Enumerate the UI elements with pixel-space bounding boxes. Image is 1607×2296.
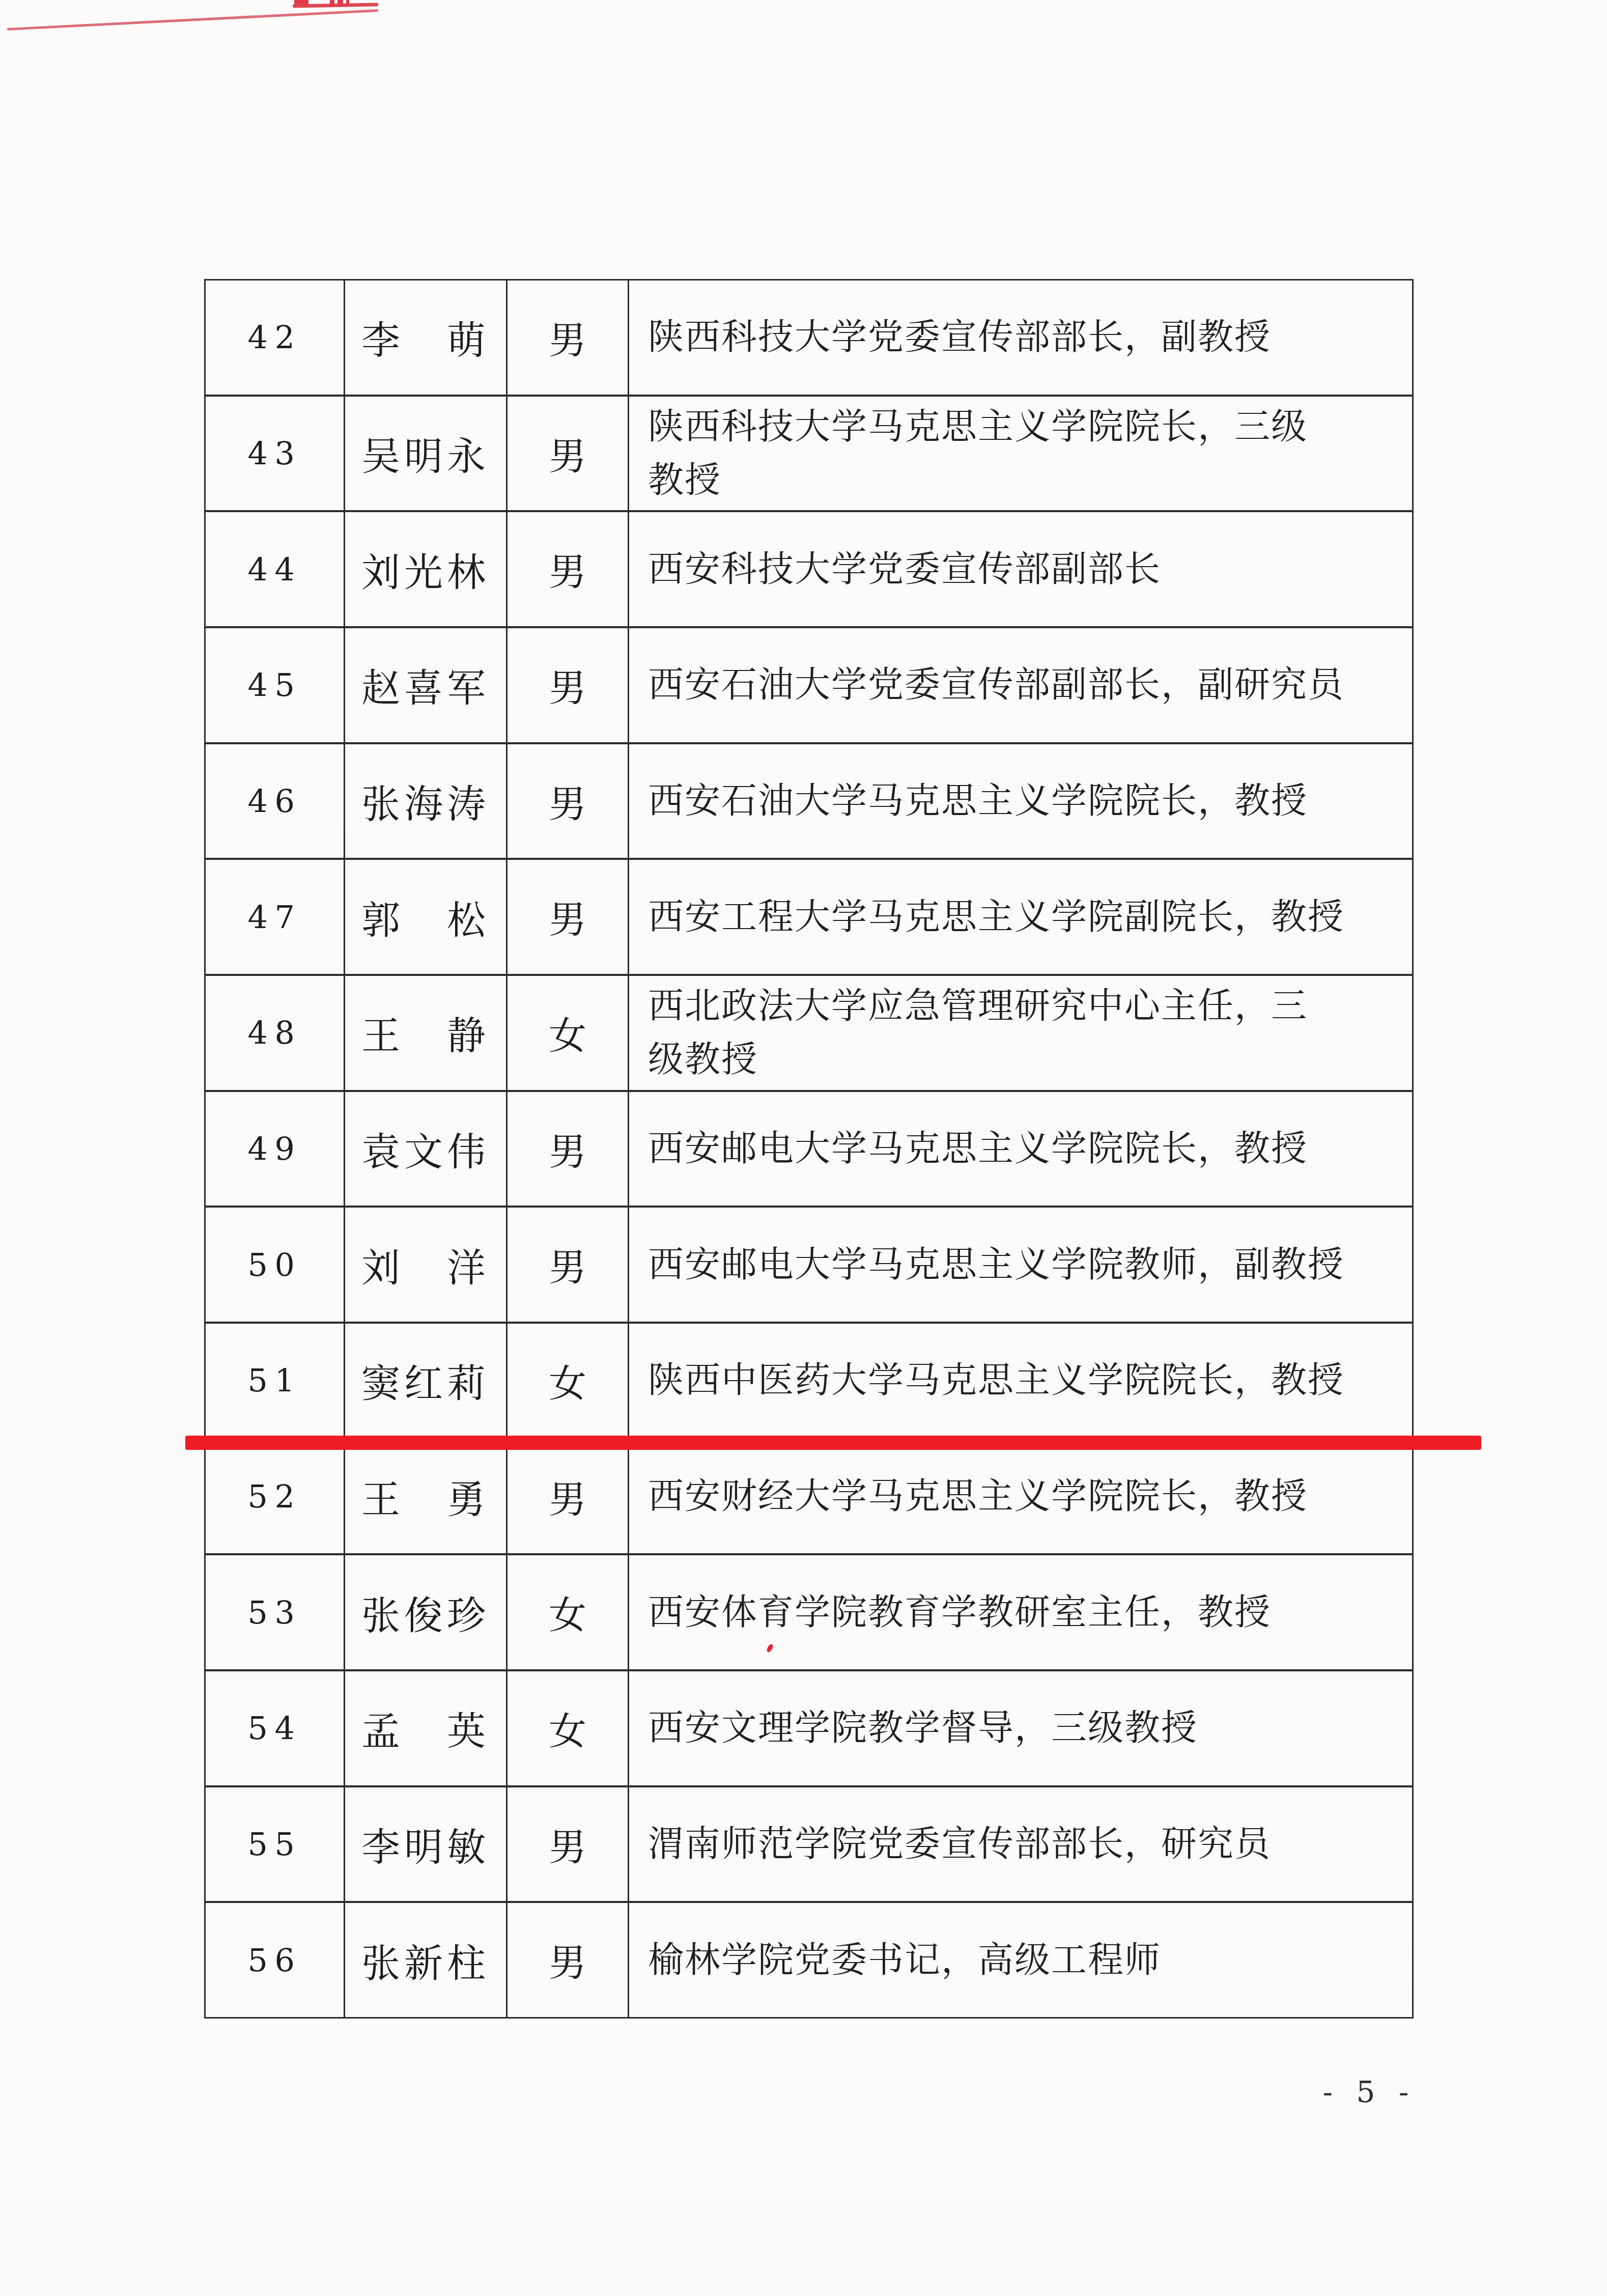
gender-value: 男: [549, 542, 586, 596]
row-number-cell: 43: [206, 397, 345, 511]
table-row: 46 张海涛 男 西安石油大学马克思主义学院院长，教授: [206, 744, 1412, 860]
red-marker-underline: [185, 1436, 1481, 1450]
position-text: 西安邮电大学马克思主义学院教师，副教授: [648, 1238, 1344, 1292]
position-text: 陕西科技大学党委宣传部部长，副教授: [648, 311, 1271, 364]
row-number-cell: 42: [206, 281, 345, 395]
person-name: 张俊珍: [361, 1585, 490, 1640]
gender-cell: 男: [508, 744, 629, 858]
person-name: 吴明永: [361, 426, 490, 481]
row-number: 54: [247, 1710, 301, 1747]
person-name: 李 萌: [361, 310, 490, 365]
gender-value: 男: [549, 1238, 586, 1292]
red-stamp-fragment: [346, 0, 349, 5]
position-cell: 西北政法大学应急管理研究中心主任，三 级教授: [629, 976, 1412, 1090]
row-number: 56: [247, 1942, 301, 1979]
name-cell: 郭 松: [345, 860, 508, 974]
position-cell: 西安体育学院教育学教研室主任，教授: [629, 1555, 1412, 1669]
red-stamp-fragment: [294, 0, 308, 5]
person-name: 李明敏: [361, 1816, 490, 1872]
name-cell: 孟 英: [345, 1671, 508, 1785]
table-row: 47 郭 松 男 西安工程大学马克思主义学院副院长，教授: [206, 860, 1412, 976]
table-row: 50 刘 洋 男 西安邮电大学马克思主义学院教师，副教授: [206, 1208, 1412, 1324]
row-number-cell: 53: [206, 1555, 345, 1669]
row-number-cell: 49: [206, 1092, 345, 1206]
red-stamp-fragment: [337, 0, 343, 7]
row-number: 49: [247, 1130, 301, 1167]
table-row: 44 刘光林 男 西安科技大学党委宣传部副部长: [206, 512, 1412, 628]
row-number-cell: 46: [206, 744, 345, 858]
position-text: 陕西科技大学马克思主义学院院长，三级 教授: [648, 400, 1308, 507]
gender-value: 男: [549, 1817, 586, 1871]
gender-value: 男: [549, 1933, 586, 1987]
position-text: 榆林学院党委书记，高级工程师: [648, 1934, 1161, 1987]
table-row: 48 王 静 女 西北政法大学应急管理研究中心主任，三 级教授: [206, 976, 1412, 1092]
gender-cell: 男: [508, 281, 629, 395]
person-name: 刘 洋: [361, 1237, 490, 1293]
gender-value: 男: [549, 658, 586, 712]
page-number: - 5 -: [1303, 2075, 1435, 2109]
row-number-cell: 44: [206, 512, 345, 626]
table-row: 51 窦红莉 女 陕西中医药大学马克思主义学院院长，教授: [206, 1324, 1412, 1440]
table-row: 43 吴明永 男 陕西科技大学马克思主义学院院长，三级 教授: [206, 397, 1412, 513]
gender-cell: 女: [508, 1555, 629, 1669]
document-page: 42 李 萌 男 陕西科技大学党委宣传部部长，副教授 43 吴明永 男 陕西科技…: [0, 0, 1607, 2296]
gender-cell: 男: [508, 1903, 629, 2017]
gender-value: 男: [549, 774, 586, 828]
gender-value: 男: [549, 427, 586, 481]
table-row: 55 李明敏 男 渭南师范学院党委宣传部部长，研究员: [206, 1787, 1412, 1903]
row-number: 51: [247, 1362, 301, 1399]
table-row: 49 袁文伟 男 西安邮电大学马克思主义学院院长，教授: [206, 1092, 1412, 1208]
person-name: 刘光林: [361, 542, 490, 597]
position-cell: 西安财经大学马克思主义学院院长，教授: [629, 1440, 1412, 1554]
row-number-cell: 50: [206, 1208, 345, 1322]
position-text: 西安体育学院教育学教研室主任，教授: [648, 1586, 1271, 1639]
name-cell: 张海涛: [345, 744, 508, 858]
red-diagonal-scan-line: [7, 9, 378, 31]
gender-cell: 男: [508, 628, 629, 742]
person-name: 赵喜军: [361, 657, 490, 713]
row-number-cell: 52: [206, 1440, 345, 1554]
position-text: 西安石油大学马克思主义学院院长，教授: [648, 774, 1308, 828]
gender-value: 男: [549, 890, 586, 944]
row-number-cell: 56: [206, 1903, 345, 2017]
row-number-cell: 54: [206, 1671, 345, 1785]
row-number-cell: 45: [206, 628, 345, 742]
position-text: 西安科技大学党委宣传部副部长: [648, 543, 1161, 596]
position-text: 西安文理学院教学督导，三级教授: [648, 1701, 1198, 1755]
gender-cell: 女: [508, 1324, 629, 1438]
row-number-cell: 47: [206, 860, 345, 974]
table-row: 42 李 萌 男 陕西科技大学党委宣传部部长，副教授: [206, 281, 1412, 397]
position-cell: 西安工程大学马克思主义学院副院长，教授: [629, 860, 1412, 974]
row-number-cell: 55: [206, 1787, 345, 1901]
position-text: 西安财经大学马克思主义学院院长，教授: [648, 1470, 1308, 1523]
row-number: 43: [247, 435, 301, 472]
row-number: 53: [247, 1594, 301, 1631]
name-cell: 李 萌: [345, 281, 508, 395]
gender-cell: 男: [508, 512, 629, 626]
position-cell: 渭南师范学院党委宣传部部长，研究员: [629, 1787, 1412, 1901]
row-number-cell: 51: [206, 1324, 345, 1438]
gender-cell: 男: [508, 1208, 629, 1322]
position-cell: 西安文理学院教学督导，三级教授: [629, 1671, 1412, 1785]
position-cell: 陕西中医药大学马克思主义学院院长，教授: [629, 1324, 1412, 1438]
name-cell: 赵喜军: [345, 628, 508, 742]
gender-value: 女: [549, 1006, 586, 1060]
position-cell: 榆林学院党委书记，高级工程师: [629, 1903, 1412, 2017]
name-cell: 刘 洋: [345, 1208, 508, 1322]
position-text: 西安工程大学马克思主义学院副院长，教授: [648, 890, 1344, 944]
row-number: 48: [247, 1014, 301, 1051]
name-cell: 窦红莉: [345, 1324, 508, 1438]
gender-value: 女: [549, 1701, 586, 1755]
name-cell: 张新柱: [345, 1903, 508, 2017]
gender-cell: 男: [508, 1092, 629, 1206]
row-number: 47: [247, 899, 301, 936]
red-stamp-fragment: [330, 0, 334, 7]
position-cell: 西安邮电大学马克思主义学院教师，副教授: [629, 1208, 1412, 1322]
gender-value: 男: [549, 1122, 586, 1176]
row-number: 42: [247, 319, 301, 356]
table-row: 52 王 勇 男 西安财经大学马克思主义学院院长，教授: [206, 1440, 1412, 1556]
name-cell: 刘光林: [345, 512, 508, 626]
name-cell: 吴明永: [345, 397, 508, 511]
name-cell: 张俊珍: [345, 1555, 508, 1669]
position-text: 渭南师范学院党委宣传部部长，研究员: [648, 1817, 1271, 1871]
gender-cell: 女: [508, 1671, 629, 1785]
person-name: 孟 英: [361, 1700, 490, 1756]
position-cell: 西安石油大学马克思主义学院院长，教授: [629, 744, 1412, 858]
person-name: 王 勇: [361, 1469, 490, 1524]
gender-value: 女: [549, 1585, 586, 1639]
row-number: 52: [247, 1478, 301, 1515]
position-cell: 西安邮电大学马克思主义学院院长，教授: [629, 1092, 1412, 1206]
name-cell: 李明敏: [345, 1787, 508, 1901]
gender-cell: 男: [508, 1440, 629, 1554]
gender-cell: 男: [508, 1787, 629, 1901]
gender-value: 男: [549, 311, 586, 365]
position-text: 西安石油大学党委宣传部副部长，副研究员: [648, 658, 1344, 712]
gender-cell: 男: [508, 860, 629, 974]
person-name: 袁文伟: [361, 1121, 490, 1177]
name-cell: 王 静: [345, 976, 508, 1090]
table-row: 45 赵喜军 男 西安石油大学党委宣传部副部长，副研究员: [206, 628, 1412, 744]
name-cell: 袁文伟: [345, 1092, 508, 1206]
row-number: 45: [247, 666, 301, 704]
person-name: 郭 松: [361, 889, 490, 945]
position-text: 西北政法大学应急管理研究中心主任，三 级教授: [648, 979, 1308, 1086]
position-cell: 陕西科技大学马克思主义学院院长，三级 教授: [629, 397, 1412, 511]
table-row: 53 张俊珍 女 西安体育学院教育学教研室主任，教授: [206, 1555, 1412, 1671]
position-cell: 西安科技大学党委宣传部副部长: [629, 512, 1412, 626]
gender-cell: 男: [508, 397, 629, 511]
person-name: 张海涛: [361, 773, 490, 829]
table-row: 54 孟 英 女 西安文理学院教学督导，三级教授: [206, 1671, 1412, 1787]
row-number: 50: [247, 1246, 301, 1283]
position-cell: 西安石油大学党委宣传部副部长，副研究员: [629, 628, 1412, 742]
gender-value: 男: [549, 1470, 586, 1524]
position-cell: 陕西科技大学党委宣传部部长，副教授: [629, 281, 1412, 395]
gender-value: 女: [549, 1354, 586, 1408]
name-cell: 王 勇: [345, 1440, 508, 1554]
roster-table: 42 李 萌 男 陕西科技大学党委宣传部部长，副教授 43 吴明永 男 陕西科技…: [204, 279, 1414, 2019]
person-name: 王 静: [361, 1005, 490, 1060]
person-name: 窦红莉: [361, 1353, 490, 1408]
row-number-cell: 48: [206, 976, 345, 1090]
table-row: 56 张新柱 男 榆林学院党委书记，高级工程师: [206, 1903, 1412, 2017]
gender-cell: 女: [508, 976, 629, 1090]
row-number: 55: [247, 1826, 301, 1863]
position-text: 西安邮电大学马克思主义学院院长，教授: [648, 1122, 1308, 1175]
position-text: 陕西中医药大学马克思主义学院院长，教授: [648, 1354, 1344, 1407]
person-name: 张新柱: [361, 1933, 490, 1988]
row-number: 44: [247, 551, 301, 588]
row-number: 46: [247, 782, 301, 820]
